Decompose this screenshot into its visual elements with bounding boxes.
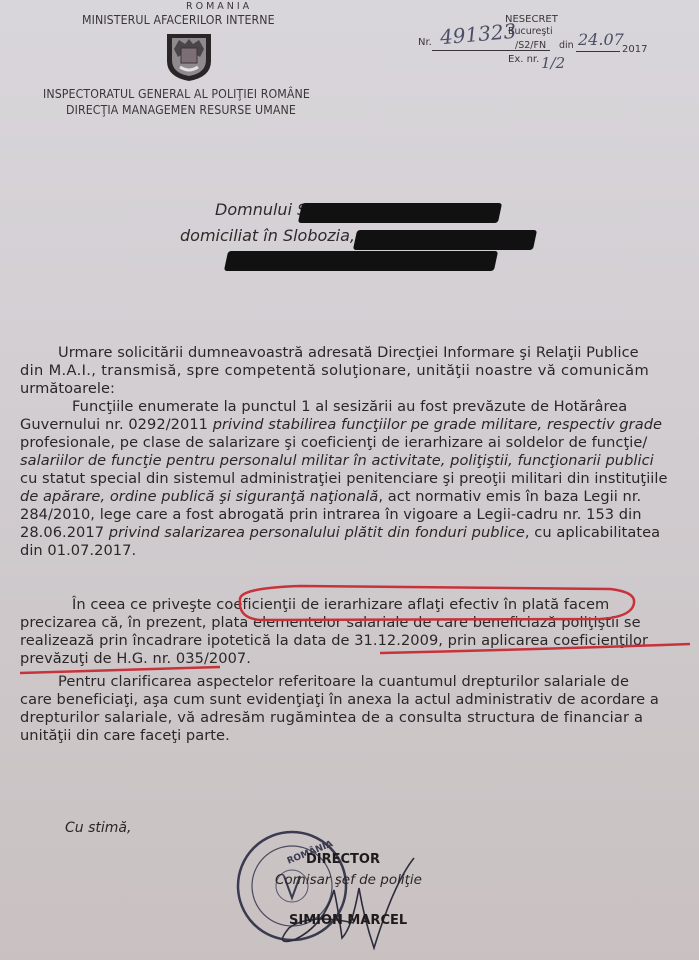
signatory-name: SIMION MARCEL [289, 913, 407, 928]
closing-salutation: Cu stimă, [65, 820, 131, 836]
signatory-title: DIRECTOR [306, 852, 380, 867]
underline-annotation [20, 667, 220, 673]
red-pen-annotations [0, 0, 699, 960]
signatory-rank: Comisar şef de poliţie [275, 872, 422, 888]
document-page: ROMANIA MINISTERUL AFACERILOR INTERNE IN… [0, 0, 699, 960]
circle-annotation [240, 586, 634, 620]
stamp-and-signature [234, 828, 484, 958]
underline-annotation [380, 644, 690, 653]
